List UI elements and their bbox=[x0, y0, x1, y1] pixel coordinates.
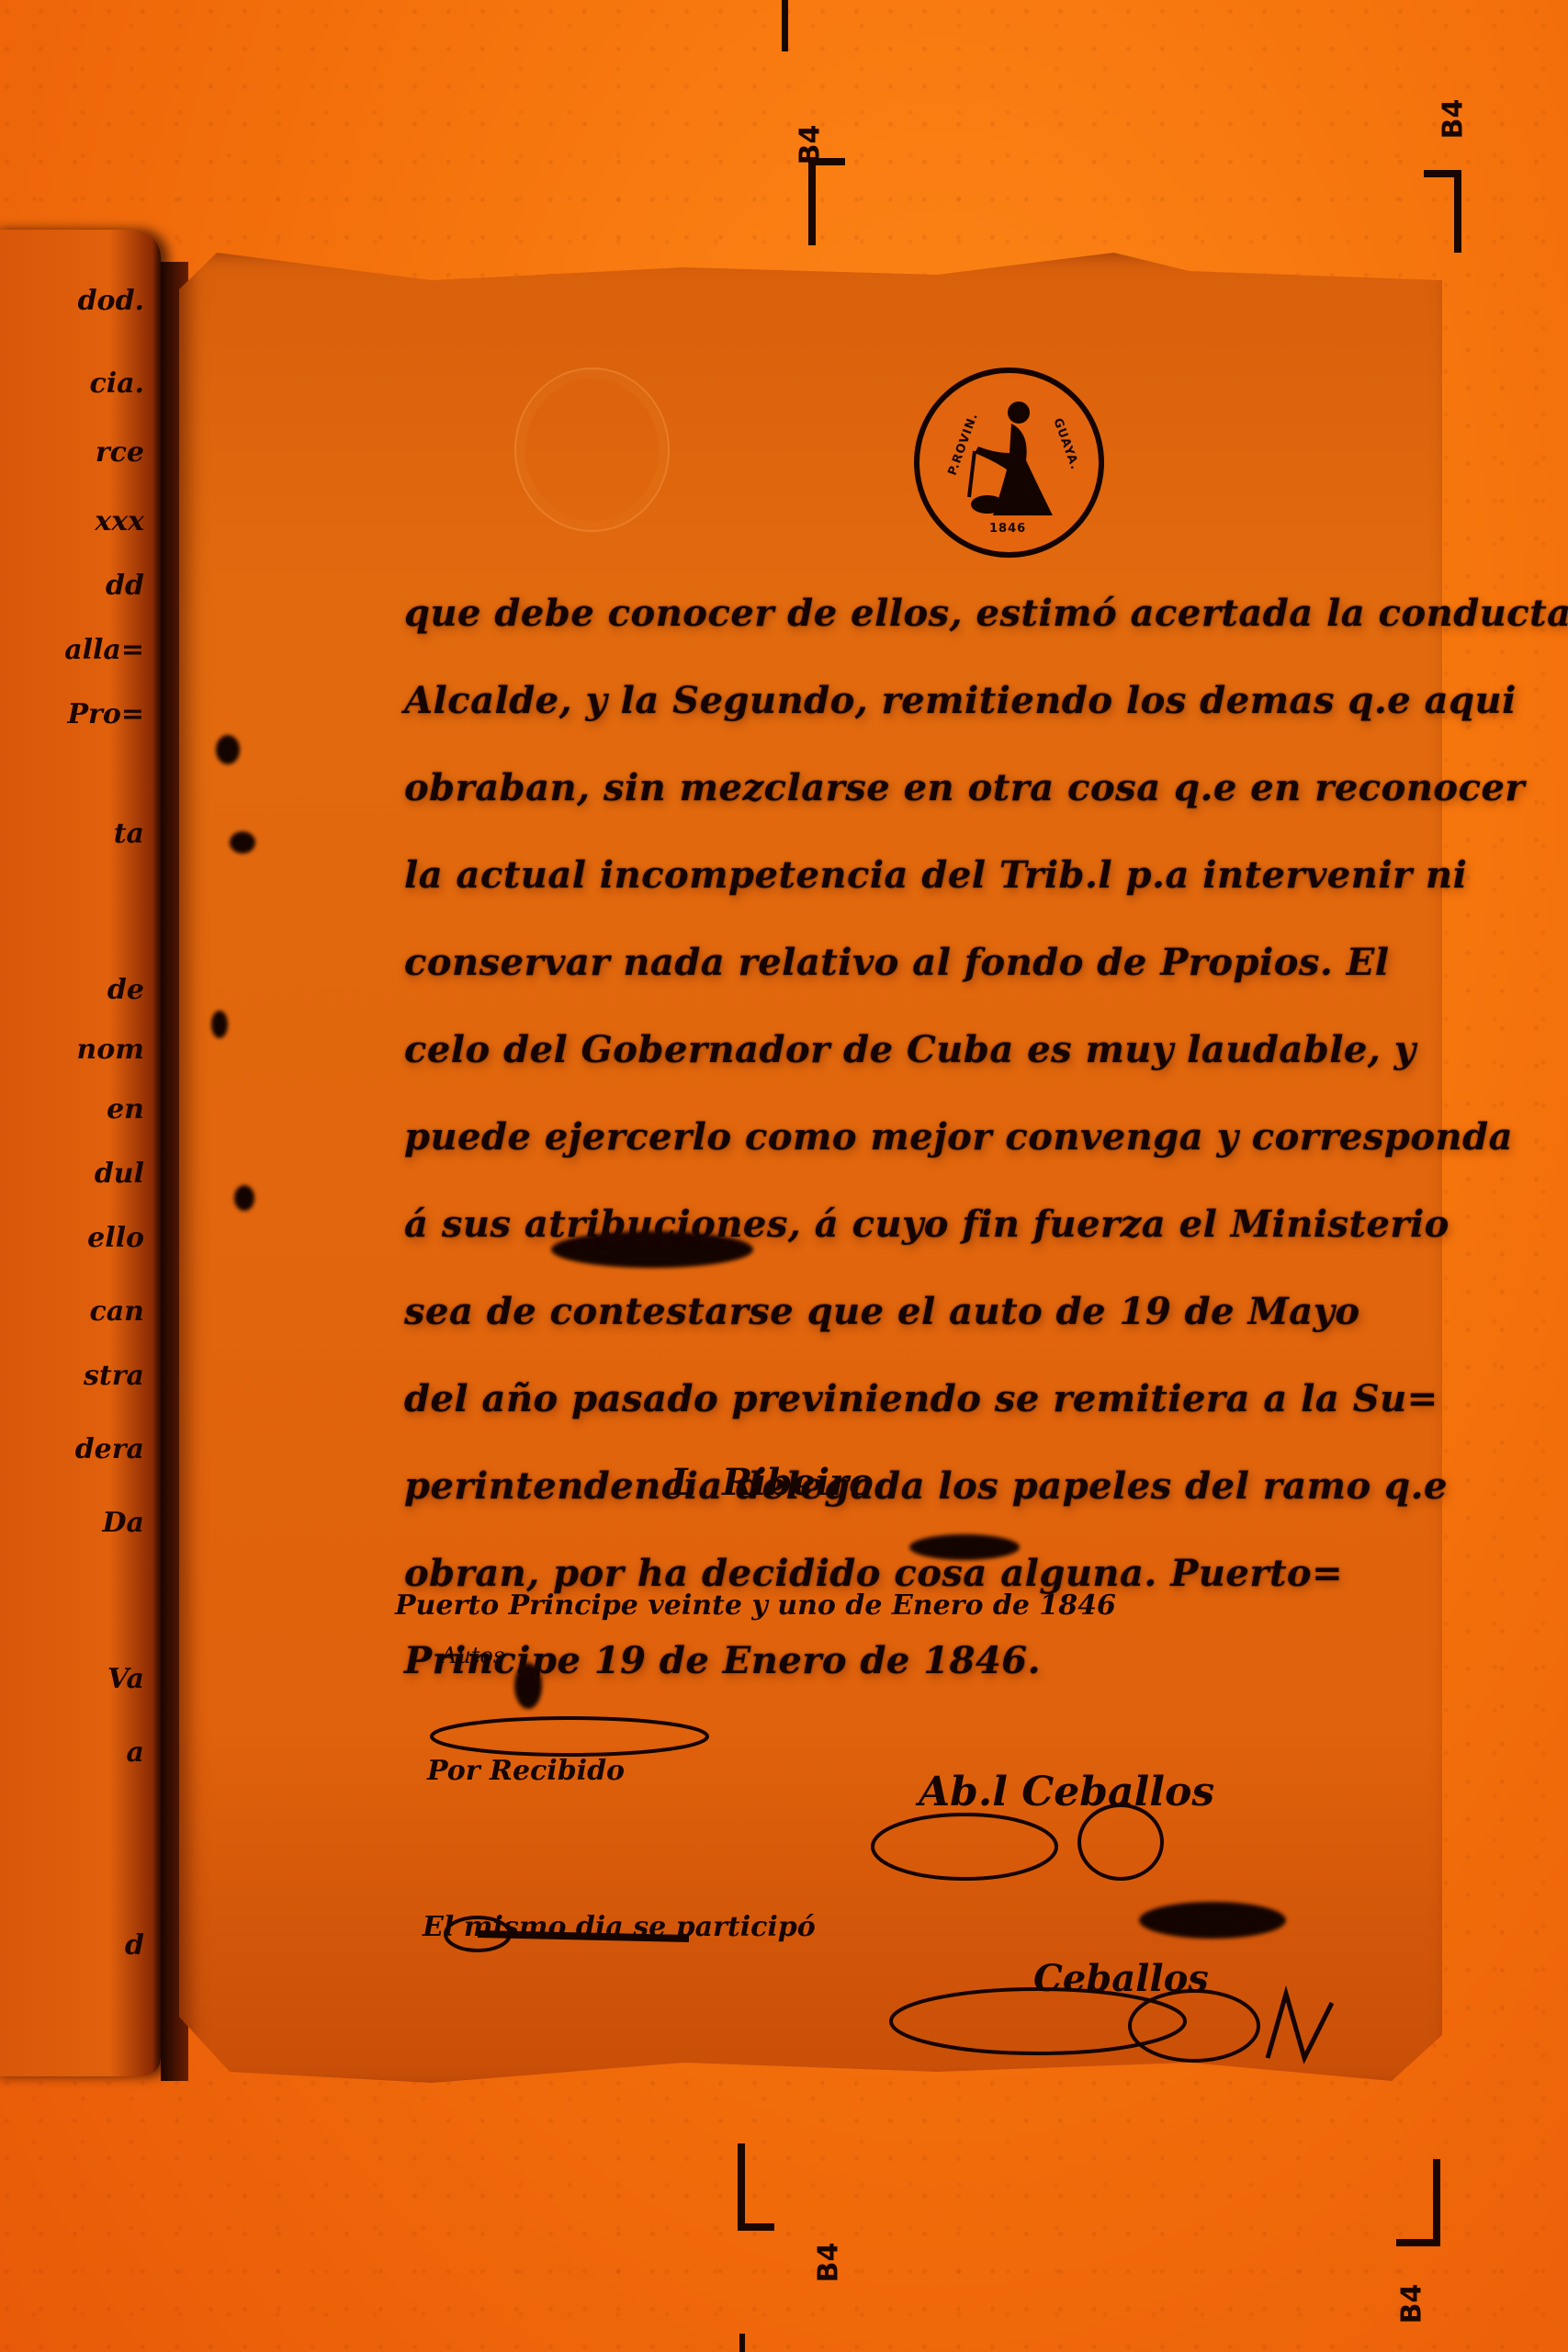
stamp-year: 1846 bbox=[989, 522, 1026, 536]
body-line: puede ejercerlo como mejor convenga y co… bbox=[404, 1093, 1442, 1181]
body-line: celo del Gobernador de Cuba es muy lauda… bbox=[404, 1006, 1442, 1093]
left-page-fragment: ta bbox=[114, 818, 144, 850]
left-page-fragment: dd bbox=[106, 570, 144, 602]
left-page-fragment: nom bbox=[76, 1034, 144, 1066]
ink-blot bbox=[211, 1011, 228, 1038]
body-line: á sus atribuciones, á cuyo fin fuerza el… bbox=[404, 1181, 1442, 1268]
left-page-fragment: Da bbox=[103, 1507, 144, 1539]
left-page-fragment: cia. bbox=[89, 367, 144, 400]
body-line: Alcalde, y la Segundo, remitiendo los de… bbox=[404, 657, 1442, 744]
rubric-flourish-icon bbox=[423, 1709, 716, 1764]
left-page-fragment: alla= bbox=[64, 634, 144, 666]
crop-label-b4: B4 bbox=[794, 125, 826, 165]
left-page-fragment: can bbox=[89, 1295, 144, 1328]
left-page-fragment: xxx bbox=[95, 505, 144, 537]
marginal-note-autos: Autos bbox=[441, 1643, 504, 1668]
adjacent-left-page: dod. cia. rce xxx dd alla= Pro= ta de no… bbox=[0, 230, 161, 2076]
signature-flourish-icon bbox=[882, 1975, 1359, 2076]
body-line: sea de contestarse que el auto de 19 de … bbox=[404, 1268, 1442, 1355]
left-page-fragment: ello bbox=[87, 1222, 144, 1254]
official-stamp-seal: P.ROVIN. GUAYA. 1846 bbox=[914, 367, 1104, 558]
left-page-fragment: rce bbox=[96, 436, 144, 469]
ink-blot bbox=[230, 831, 255, 854]
left-page-fragment: dul bbox=[95, 1158, 144, 1190]
crop-label-b4: B4 bbox=[1437, 99, 1469, 140]
left-page-fragment: dod. bbox=[78, 285, 144, 317]
crop-label-b4: B4 bbox=[1395, 2284, 1427, 2324]
left-page-fragment: stra bbox=[84, 1360, 144, 1392]
body-line: del año pasado previniendo se remitiera … bbox=[404, 1355, 1442, 1442]
body-line: la actual incompetencia del Trib.l p.a i… bbox=[404, 831, 1442, 919]
ink-blot bbox=[234, 1185, 254, 1211]
ink-smear bbox=[1139, 1902, 1286, 1939]
left-page-fragment: de bbox=[107, 974, 144, 1006]
left-page-fragment: Pro= bbox=[67, 698, 144, 730]
body-line: Principe 19 de Enero de 1846. bbox=[404, 1617, 1442, 1704]
crop-tick-bottom bbox=[739, 2334, 745, 2352]
embossed-seal bbox=[514, 367, 670, 532]
left-page-fragment: dera bbox=[75, 1433, 144, 1465]
body-line: perintendencia delegada los papeles del … bbox=[404, 1442, 1442, 1530]
left-page-fragment: Va bbox=[107, 1663, 144, 1695]
signature-flourish-icon bbox=[863, 1792, 1231, 1893]
body-line: conservar nada relativo al fondo de Prop… bbox=[404, 919, 1442, 1006]
date-line: Puerto Principe veinte y uno de Enero de… bbox=[395, 1589, 1116, 1622]
crop-tick-top bbox=[782, 0, 788, 51]
manuscript-body: que debe conocer de ellos, estimó acerta… bbox=[404, 570, 1442, 1704]
left-page-fragment: d bbox=[125, 1929, 144, 1962]
rubric-flourish-icon bbox=[441, 1911, 698, 1957]
crop-label-b4: B4 bbox=[812, 2243, 844, 2283]
signature-ribeiro: L. Ribeiro bbox=[671, 1461, 874, 1504]
left-page-fragment: a bbox=[127, 1736, 144, 1769]
left-page-fragment: en bbox=[107, 1093, 144, 1125]
body-line: obraban, sin mezclarse en otra cosa q.e … bbox=[404, 744, 1442, 831]
ink-blot bbox=[216, 735, 240, 764]
body-line: que debe conocer de ellos, estimó acerta… bbox=[404, 570, 1442, 657]
